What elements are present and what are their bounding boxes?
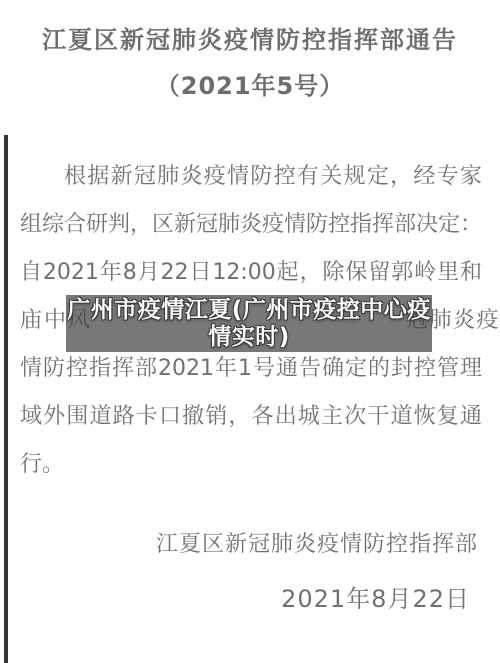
body-line: 域外围道路卡口撤销，各出城主次干道恢复通: [20, 393, 482, 441]
seo-overlay-banner: 广州市疫情江夏(广州市疫控中心疫 情实时): [66, 295, 432, 352]
body-line: 根据新冠肺炎疫情防控有关规定，经专家: [20, 153, 482, 201]
body-line: 组综合研判，区新冠肺炎疫情防控指挥部决定：: [20, 201, 482, 249]
body-line: 行。: [20, 441, 482, 489]
notice-title: 江夏区新冠肺炎疫情防控指挥部通告: [0, 24, 500, 56]
notice-page: 江夏区新冠肺炎疫情防控指挥部通告 （2021年5号） 根据新冠肺炎疫情防控有关规…: [0, 0, 500, 663]
overlay-title-line1: 广州市疫情江夏(广州市疫控中心疫: [66, 297, 432, 324]
body-line: 情防控指挥部2021年1号通告确定的封控管理区: [20, 345, 482, 393]
body-line: 自2021年8月22日12:00起，除保留郭岭里和栗: [20, 249, 482, 297]
notice-date: 2021年8月22日: [20, 584, 470, 614]
left-edge-rule: [4, 135, 8, 663]
overlay-title-line2: 情实时): [66, 324, 432, 351]
notice-signature: 江夏区新冠肺炎疫情防控指挥部: [20, 530, 478, 560]
notice-number: （2021年5号）: [0, 70, 500, 102]
